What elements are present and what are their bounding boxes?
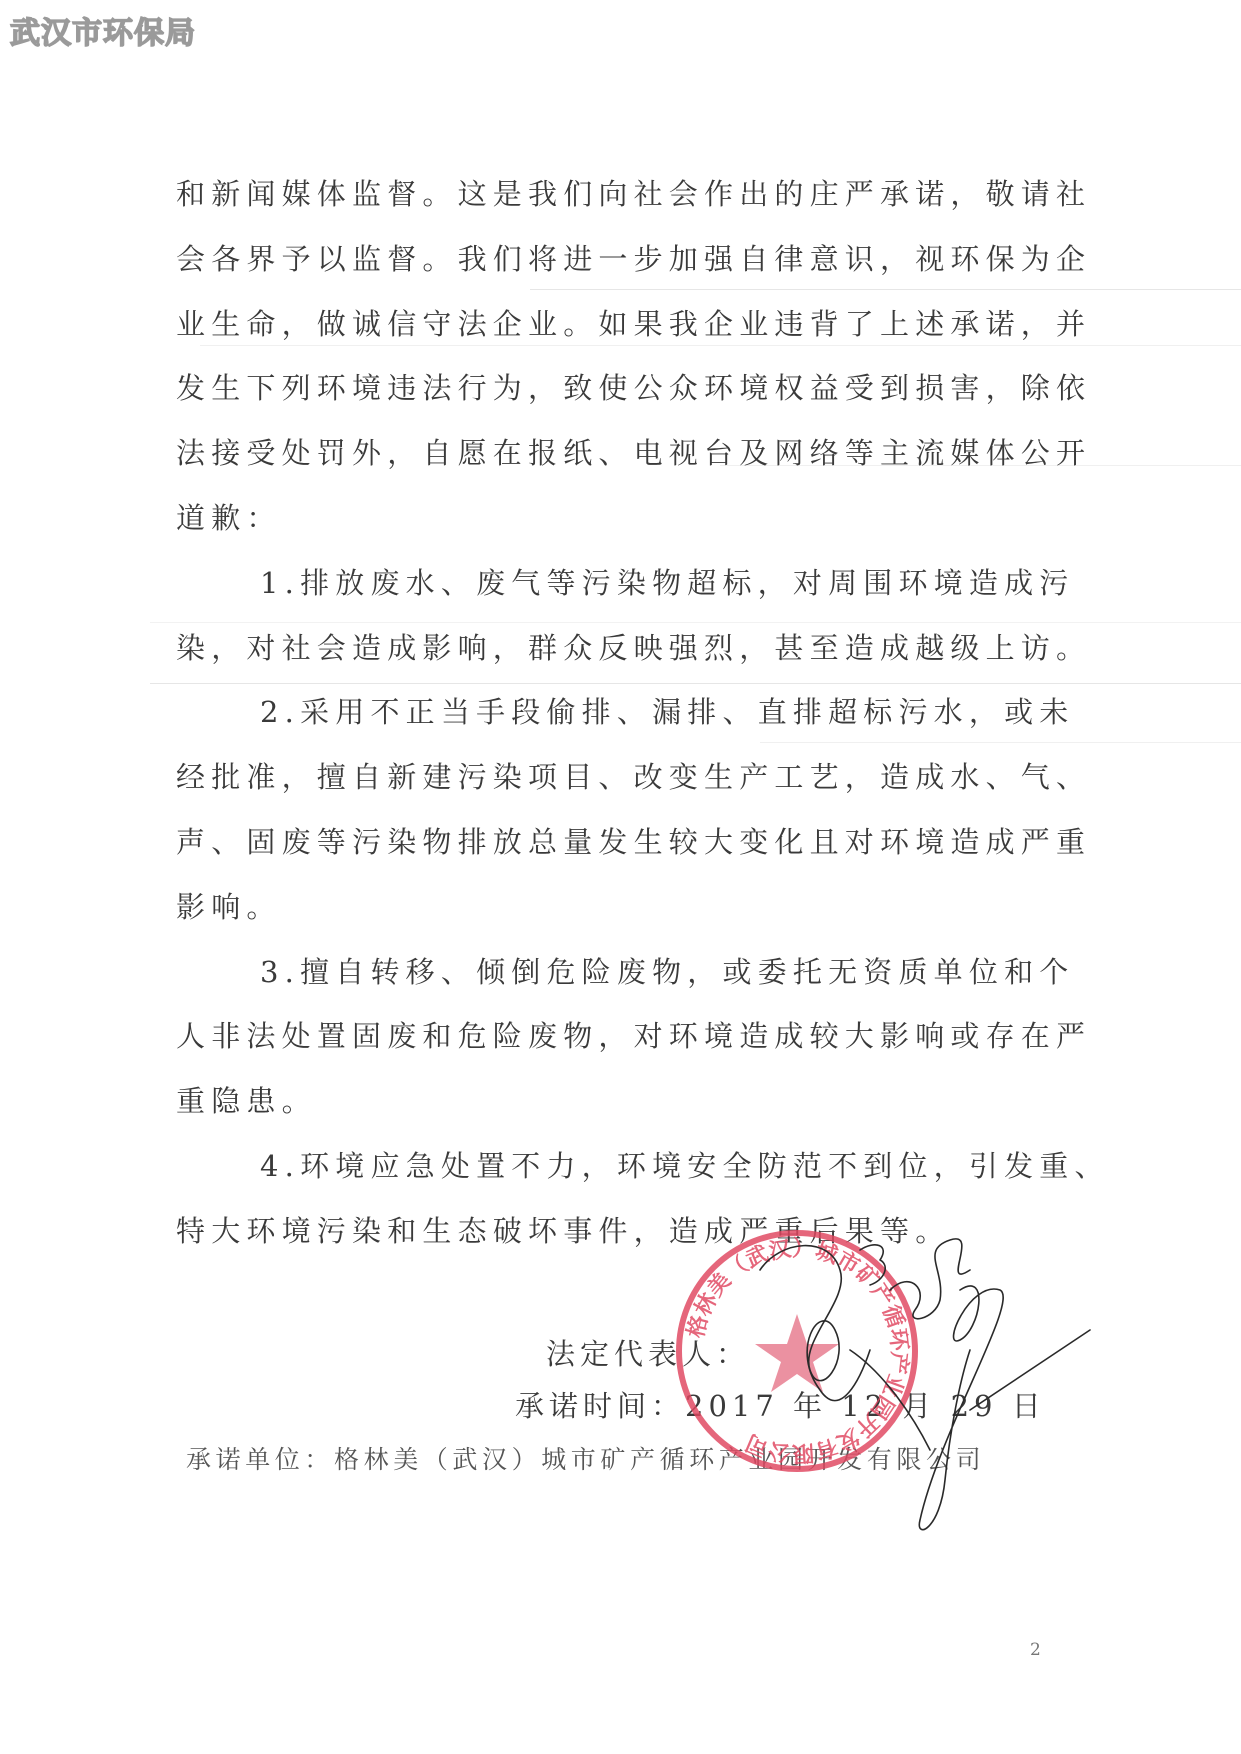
document-line: 1.排放废水、废气等污染物超标，对周围环境造成污	[176, 551, 1046, 616]
document-line: 2.采用不正当手段偷排、漏排、直排超标污水，或未	[176, 680, 1046, 745]
document-line: 3.擅自转移、倾倒危险废物，或委托无资质单位和个	[176, 940, 1046, 1005]
document-line: 法接受处罚外，自愿在报纸、电视台及网络等主流媒体公开	[176, 421, 1046, 486]
document-line: 和新闻媒体监督。这是我们向社会作出的庄严承诺，敬请社	[176, 162, 1046, 227]
document-line: 会各界予以监督。我们将进一步加强自律意识，视环保为企	[176, 227, 1046, 292]
document-line: 声、固废等污染物排放总量发生较大变化且对环境造成严重	[176, 810, 1046, 875]
document-line: 影响。	[176, 875, 1046, 940]
legal-representative-label: 法定代表人：	[546, 1332, 750, 1373]
document-line: 业生命，做诚信守法企业。如果我企业违背了上述承诺，并	[176, 292, 1046, 357]
commitment-date: 承诺时间：2017 年 12 月 29 日	[515, 1384, 1046, 1425]
document-body: 和新闻媒体监督。这是我们向社会作出的庄严承诺，敬请社会各界予以监督。我们将进一步…	[176, 162, 1046, 1264]
watermark: 武汉市环保局	[10, 8, 196, 52]
document-line: 4.环境应急处置不力，环境安全防范不到位，引发重、	[176, 1134, 1046, 1199]
commitment-unit: 承诺单位：格林美（武汉）城市矿产循环产业园开发有限公司	[186, 1440, 985, 1476]
document-line: 特大环境污染和生态破坏事件，造成严重后果等。	[176, 1199, 1046, 1264]
page-number: 2	[1030, 1640, 1041, 1660]
document-line: 经批准，擅自新建污染项目、改变生产工艺，造成水、气、	[176, 745, 1046, 810]
document-line: 重隐患。	[176, 1069, 1046, 1134]
document-line: 道歉：	[176, 486, 1046, 551]
document-line: 发生下列环境违法行为，致使公众环境权益受到损害，除依	[176, 356, 1046, 421]
document-line: 人非法处置固废和危险废物，对环境造成较大影响或存在严	[176, 1004, 1046, 1069]
document-line: 染，对社会造成影响，群众反映强烈，甚至造成越级上访。	[176, 616, 1046, 681]
